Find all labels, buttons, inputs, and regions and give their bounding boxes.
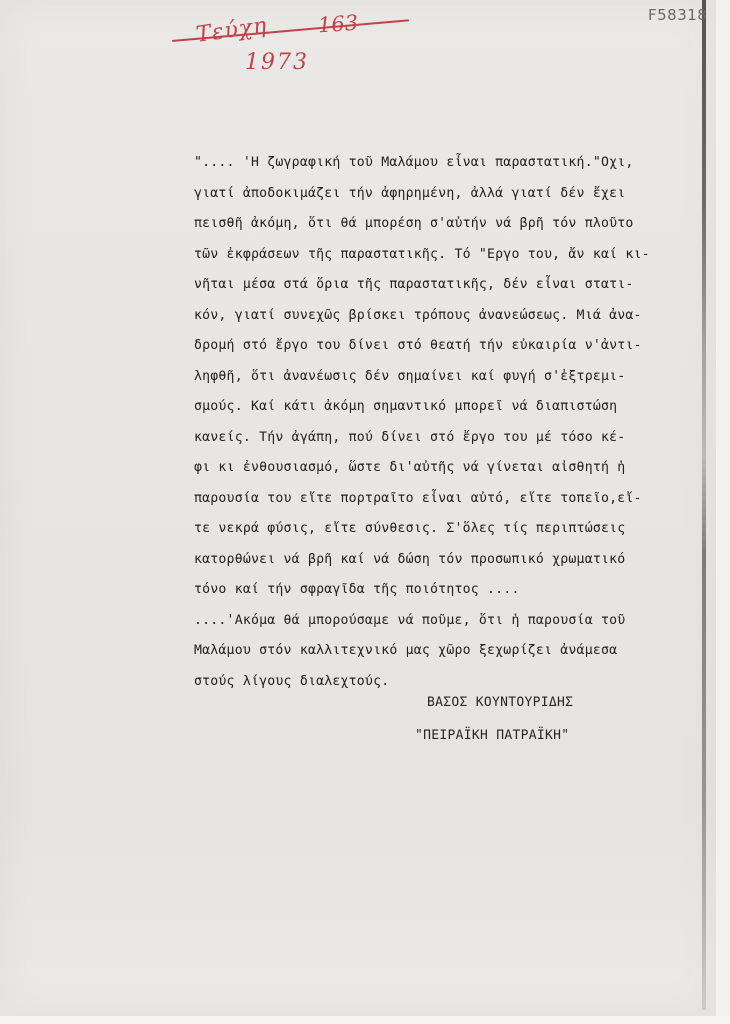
text-line: ....'Ακόμα θά μπορούσαμε νά ποῦμε, ὅτι ἡ… [194,606,694,637]
text-line: τῶν ἐκφράσεων τῆς παραστατικῆς. Τό "Εργο… [194,240,694,271]
text-line: κόν, γιατί συνεχῶς βρίσκει τρόπους ἀνανε… [194,301,694,332]
text-line: παρουσία του εἴτε πορτραῖτο εἶναι αὐτό, … [194,484,694,515]
publication-name: "ΠΕΙΡΑΪΚΗ ΠΑΤΡΑΪΚΗ" [415,719,573,752]
archive-id-stamp: F58318 [648,6,707,24]
text-line: δρομή στό ἔργο του δίνει στό θεατή τήν ε… [194,331,694,362]
text-line: γιατί ἀποδοκιμάζει τήν ἀφηρημένη, ἀλλά γ… [194,179,694,210]
typed-quotation: ".... 'Η ζωγραφική τοῦ Μαλάμου εἶναι παρ… [194,148,694,697]
text-line: τε νεκρά φύσις, εἴτε σύνθεσις. Σ'ὅλες τί… [194,514,694,545]
text-line: τόνο καί τήν σφραγῖδα τῆς ποιότητος .... [194,575,694,606]
text-line: ληφθῆ, ὅτι ἀνανέωσις δέν σημαίνει καί φυ… [194,362,694,393]
text-line: σμούς. Καί κάτι ἀκόμη σημαντικό μπορεῖ ν… [194,392,694,423]
text-line: πεισθῆ ἀκόμη, ὅτι θά μπορέση σ'αὐτήν νά … [194,209,694,240]
handwritten-year: 1973 [245,50,309,75]
text-line: ".... 'Η ζωγραφική τοῦ Μαλάμου εἶναι παρ… [194,148,694,179]
page-edge-shadow [702,0,706,1010]
text-line: Μαλάμου στόν καλλιτεχνικό μας χῶρο ξεχωρ… [194,636,694,667]
text-line: νῆται μέσα στά ὅρια τῆς παραστατικῆς, δέ… [194,270,694,301]
author-name: ΒΑΣΟΣ ΚΟΥΝΤΟΥΡΙΔΗΣ [427,686,573,719]
handwritten-issue-label: Τεύχη [195,13,269,48]
scanned-page: Τεύχη 163 1973 F58318 ".... 'Η ζωγραφική… [0,0,716,1016]
text-line: κατορθώνει νά βρῆ καί νά δώση τόν προσωπ… [194,545,694,576]
text-line: φι κι ἐνθουσιασμό, ὥστε δι'αὐτῆς νά γίνε… [194,453,694,484]
text-line: κανείς. Τήν ἀγάπη, πού δίνει στό ἔργο το… [194,423,694,454]
scan-bottom-margin [0,1016,730,1024]
signature-block: ΒΑΣΟΣ ΚΟΥΝΤΟΥΡΙΔΗΣ "ΠΕΙΡΑΪΚΗ ΠΑΤΡΑΪΚΗ" [427,686,573,752]
